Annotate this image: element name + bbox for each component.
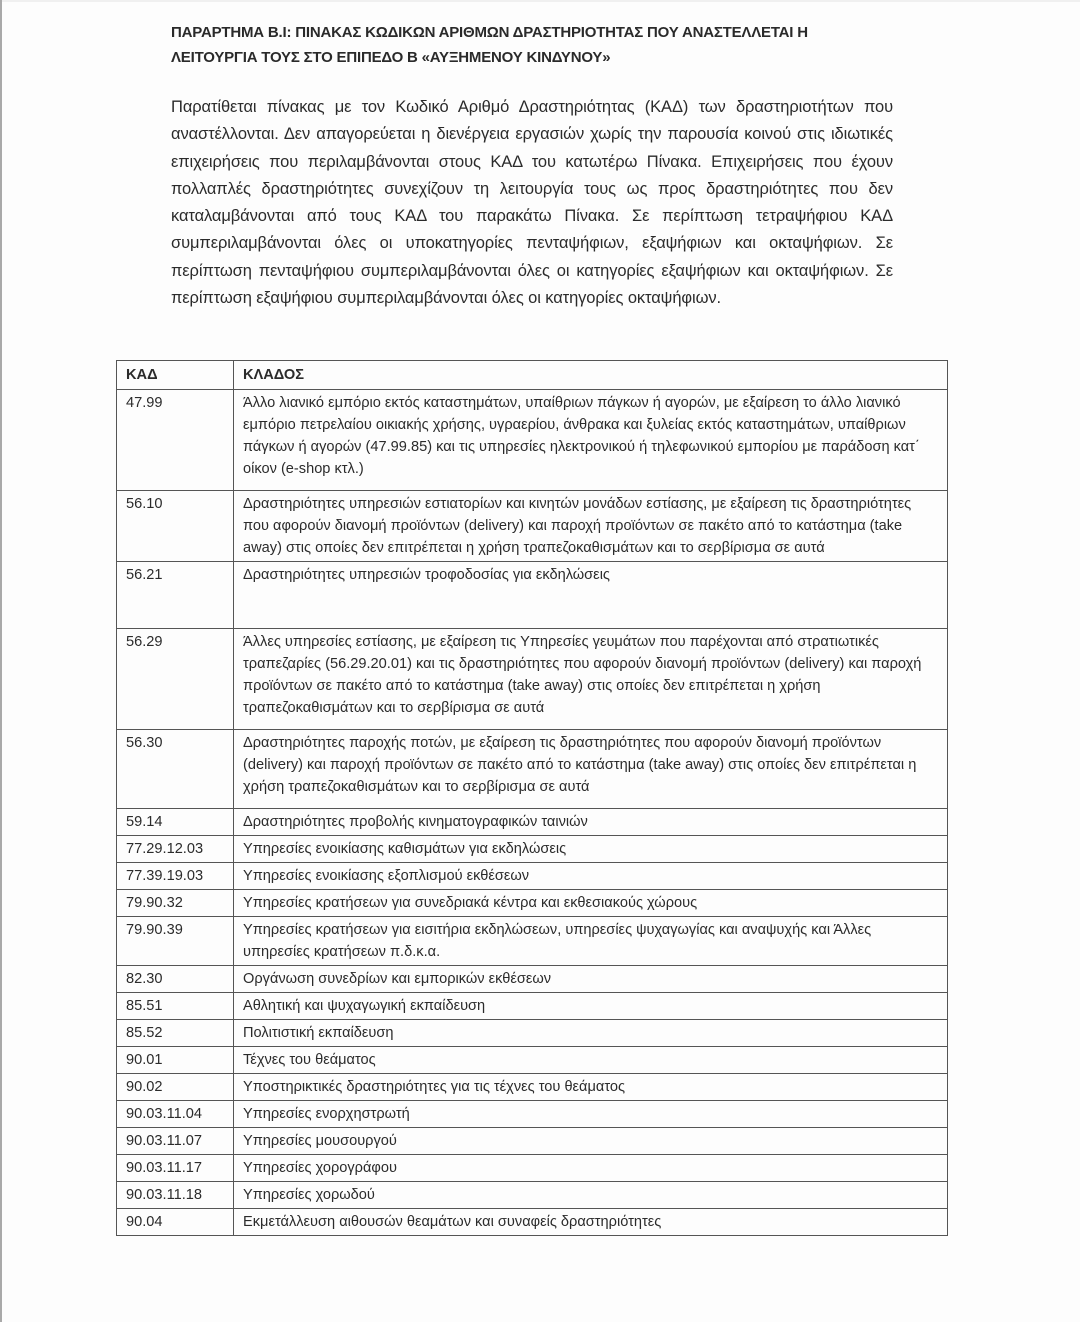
kad-description: Υπηρεσίες ενορχηστρωτή [234, 1101, 948, 1128]
kad-code: 90.02 [117, 1074, 234, 1101]
table-row: 90.03.11.07 Υπηρεσίες μουσουργού [117, 1128, 948, 1155]
kad-description: Υπηρεσίες κρατήσεων για συνεδριακά κέντρ… [234, 890, 948, 917]
kad-description: Δραστηριότητες υπηρεσιών τροφοδοσίας για… [234, 562, 948, 629]
kad-description: Πολιτιστική εκπαίδευση [234, 1020, 948, 1047]
table-row: 56.30 Δραστηριότητες παροχής ποτών, με ε… [117, 730, 948, 809]
kad-description: Αθλητική και ψυχαγωγική εκπαίδευση [234, 993, 948, 1020]
kad-code: 85.52 [117, 1020, 234, 1047]
kad-code: 90.03.11.18 [117, 1182, 234, 1209]
table-row: 90.03.11.17 Υπηρεσίες χορογράφου [117, 1155, 948, 1182]
kad-description: Άλλο λιανικό εμπόριο εκτός καταστημάτων,… [234, 390, 948, 491]
kad-code: 82.30 [117, 966, 234, 993]
table-header-row: ΚΑΔ ΚΛΑΔΟΣ [117, 361, 948, 390]
table-row: 56.29 Άλλες υπηρεσίες εστίασης, με εξαίρ… [117, 629, 948, 730]
table-row: 79.90.39 Υπηρεσίες κρατήσεων για εισιτήρ… [117, 917, 948, 966]
kad-code: 56.21 [117, 562, 234, 629]
kad-code: 47.99 [117, 390, 234, 491]
kad-code: 90.01 [117, 1047, 234, 1074]
table-row: 82.30 Οργάνωση συνεδρίων και εμπορικών ε… [117, 966, 948, 993]
kad-description: Τέχνες του θεάματος [234, 1047, 948, 1074]
kad-code: 56.10 [117, 491, 234, 562]
table-row: 56.21 Δραστηριότητες υπηρεσιών τροφοδοσί… [117, 562, 948, 629]
table-row: 90.02 Υποστηρικτικές δραστηριότητες για … [117, 1074, 948, 1101]
page-left-edge [0, 0, 2, 1322]
kad-code: 77.39.19.03 [117, 863, 234, 890]
table-row: 85.51 Αθλητική και ψυχαγωγική εκπαίδευση [117, 993, 948, 1020]
header-sector: ΚΛΑΔΟΣ [234, 361, 948, 390]
kad-description: Εκμετάλλευση αιθουσών θεαμάτων και συναφ… [234, 1209, 948, 1236]
kad-code: 90.03.11.04 [117, 1101, 234, 1128]
kad-code: 90.03.11.07 [117, 1128, 234, 1155]
kad-code: 59.14 [117, 809, 234, 836]
kad-description: Δραστηριότητες υπηρεσιών εστιατορίων και… [234, 491, 948, 562]
kad-code: 90.04 [117, 1209, 234, 1236]
kad-code: 77.29.12.03 [117, 836, 234, 863]
table-row: 90.04 Εκμετάλλευση αιθουσών θεαμάτων και… [117, 1209, 948, 1236]
kad-description: Υποστηρικτικές δραστηριότητες για τις τέ… [234, 1074, 948, 1101]
table-row: 56.10 Δραστηριότητες υπηρεσιών εστιατορί… [117, 491, 948, 562]
table-row: 59.14 Δραστηριότητες προβολής κινηματογρ… [117, 809, 948, 836]
kad-description: Οργάνωση συνεδρίων και εμπορικών εκθέσεω… [234, 966, 948, 993]
table-row: 77.29.12.03 Υπηρεσίες ενοικίασης καθισμά… [117, 836, 948, 863]
table-row: 77.39.19.03 Υπηρεσίες ενοικίασης εξοπλισ… [117, 863, 948, 890]
kad-description: Υπηρεσίες χορογράφου [234, 1155, 948, 1182]
kad-description: Άλλες υπηρεσίες εστίασης, με εξαίρεση τι… [234, 629, 948, 730]
page-top-edge [0, 0, 1080, 2]
kad-description: Υπηρεσίες κρατήσεων για εισιτήρια εκδηλώ… [234, 917, 948, 966]
intro-paragraph: Παρατίθεται πίνακας με τον Κωδικό Αριθμό… [171, 94, 893, 312]
annex-heading: ΠΑΡΑΡΤΗΜΑ Β.Ι: ΠΙΝΑΚΑΣ ΚΩΔΙΚΩΝ ΑΡΙΘΜΩΝ Δ… [171, 20, 891, 70]
kad-description: Υπηρεσίες ενοικίασης εξοπλισμού εκθέσεων [234, 863, 948, 890]
kad-table: ΚΑΔ ΚΛΑΔΟΣ 47.99 Άλλο λιανικό εμπόριο εκ… [116, 360, 948, 1236]
table-row: 90.01 Τέχνες του θεάματος [117, 1047, 948, 1074]
kad-code: 56.29 [117, 629, 234, 730]
table-row: 90.03.11.18 Υπηρεσίες χορωδού [117, 1182, 948, 1209]
table-row: 79.90.32 Υπηρεσίες κρατήσεων για συνεδρι… [117, 890, 948, 917]
kad-code: 79.90.39 [117, 917, 234, 966]
kad-description: Υπηρεσίες ενοικίασης καθισμάτων για εκδη… [234, 836, 948, 863]
kad-description: Δραστηριότητες προβολής κινηματογραφικών… [234, 809, 948, 836]
table-row: 90.03.11.04 Υπηρεσίες ενορχηστρωτή [117, 1101, 948, 1128]
kad-code: 79.90.32 [117, 890, 234, 917]
table-row: 85.52 Πολιτιστική εκπαίδευση [117, 1020, 948, 1047]
kad-description: Δραστηριότητες παροχής ποτών, με εξαίρεσ… [234, 730, 948, 809]
kad-code: 85.51 [117, 993, 234, 1020]
kad-description: Υπηρεσίες χορωδού [234, 1182, 948, 1209]
kad-description: Υπηρεσίες μουσουργού [234, 1128, 948, 1155]
kad-code: 90.03.11.17 [117, 1155, 234, 1182]
header-kad: ΚΑΔ [117, 361, 234, 390]
table-row: 47.99 Άλλο λιανικό εμπόριο εκτός καταστη… [117, 390, 948, 491]
kad-code: 56.30 [117, 730, 234, 809]
